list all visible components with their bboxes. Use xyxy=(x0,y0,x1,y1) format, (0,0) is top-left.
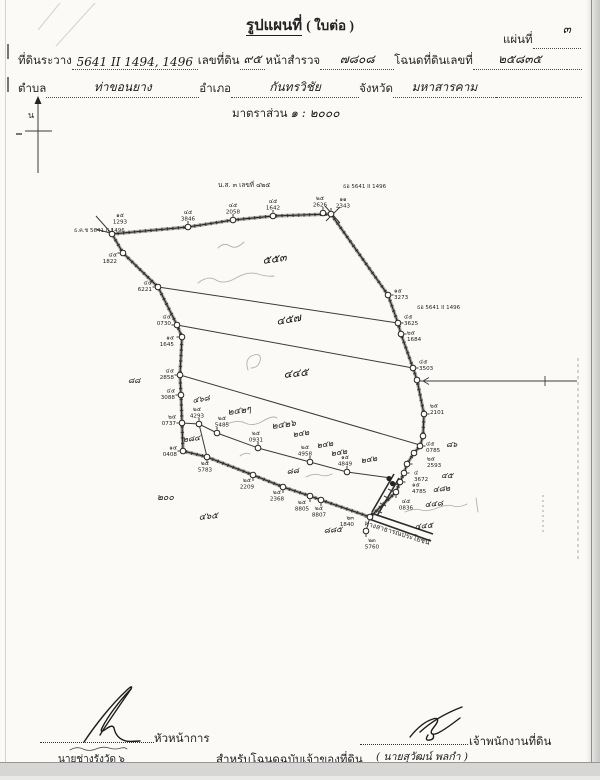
point-number: 2858 xyxy=(160,375,175,381)
point-code: ๒๓ xyxy=(368,538,376,544)
map-text: น xyxy=(28,111,34,121)
survey-point-marker xyxy=(417,443,423,449)
pencil-scribble xyxy=(198,273,274,283)
point-code: ๔๕ xyxy=(166,369,174,375)
survey-point-marker xyxy=(174,322,180,328)
handwritten-parcel-number: ๒๔๒ xyxy=(292,428,310,439)
point-number: 6221 xyxy=(138,287,153,293)
survey-point-marker xyxy=(204,454,210,460)
survey-point-marker xyxy=(230,217,236,223)
point-number: 2593 xyxy=(427,463,442,469)
survey-point-marker xyxy=(393,489,399,495)
map-line-crease xyxy=(38,3,60,30)
point-code: ๔๕ xyxy=(404,315,412,321)
scan-right-edge-line xyxy=(591,0,592,762)
point-code: ๒๕ xyxy=(407,331,415,337)
point-number: 2058 xyxy=(226,210,241,216)
handwritten-parcel-number: ๔๔๕ xyxy=(283,365,311,381)
handwritten-parcel-number: ๘๘ xyxy=(286,466,300,476)
point-number: 2626 xyxy=(313,203,328,209)
point-number: 0408 xyxy=(163,452,178,458)
survey-point-marker xyxy=(177,372,183,378)
handwritten-parcel-number: ๘๘ xyxy=(128,376,141,385)
point-code: ๔๕ xyxy=(402,499,410,505)
survey-point-marker xyxy=(404,461,410,467)
pencil-scribble xyxy=(306,474,332,477)
map-text: ธอ 5641 II 1496 xyxy=(417,304,461,311)
point-code: ๒๓ xyxy=(346,516,354,522)
survey-map: ๑๕1293๔๕3846๔๕2058๔๕1642๒๕2626๑๑2343๑๕32… xyxy=(0,0,600,780)
point-code: ๒๕ xyxy=(427,457,435,463)
point-number: 0785 xyxy=(426,448,441,454)
point-number: 2101 xyxy=(430,410,445,416)
signature-scribble xyxy=(420,707,462,732)
pencil-scribble xyxy=(247,355,261,370)
point-code: ๔ xyxy=(414,471,418,477)
point-code: ๒๕ xyxy=(193,407,201,413)
point-number: 0931 xyxy=(249,438,264,444)
map-text: น.ส. ๓ เลขที่ ๔๒๕ xyxy=(218,180,270,189)
map-line-blob xyxy=(390,481,395,486)
point-code: ๔๕ xyxy=(229,203,237,209)
scanned-document-page: รูปแผนที่ ( ใบต่อ ) ๓ แผ่นที่ ที่ดินระวา… xyxy=(0,0,600,780)
survey-point-marker xyxy=(178,392,184,398)
point-number: 8805 xyxy=(295,507,310,513)
point-code: ๒๕ xyxy=(201,461,209,467)
point-code: ๑๕ xyxy=(394,289,402,295)
point-number: 5760 xyxy=(365,545,380,551)
point-code: ๑๑ xyxy=(339,197,347,203)
survey-point-marker xyxy=(179,420,185,426)
survey-point-marker xyxy=(385,292,391,298)
map-text: ธอ 5641 II 1496 xyxy=(343,183,387,190)
point-code: ๔๕ xyxy=(419,360,427,366)
scan-bottom-edge-light xyxy=(0,776,600,780)
point-code: ๔๕ xyxy=(163,315,171,321)
survey-point-marker xyxy=(255,445,261,451)
survey-point-marker xyxy=(196,421,202,427)
survey-points: ๑๕1293๔๕3846๔๕2058๔๕1642๒๕2626๑๑2343๑๕32… xyxy=(103,196,445,551)
survey-point-marker xyxy=(395,320,401,326)
point-number: 4785 xyxy=(412,489,427,495)
scan-bottom-edge xyxy=(0,762,600,777)
point-code: ๒๕ xyxy=(243,478,251,484)
point-number: 1645 xyxy=(160,342,175,348)
survey-point-marker xyxy=(401,470,407,476)
point-code: ๒๕ xyxy=(301,445,309,451)
point-number: 3088 xyxy=(161,395,176,401)
scan-right-shadow xyxy=(586,0,600,762)
handwritten-parcel-number: ๔๔๘ xyxy=(424,498,444,509)
map-line-blob xyxy=(35,96,42,104)
point-code: ๒๕ xyxy=(316,196,324,202)
survey-point-marker xyxy=(318,497,324,503)
signature-scribble xyxy=(426,734,433,740)
point-code: ๒๕ xyxy=(218,416,226,422)
point-code: ๔๕ xyxy=(269,199,277,205)
survey-point-marker xyxy=(180,448,186,454)
point-number: 1293 xyxy=(113,220,128,226)
point-number: 4958 xyxy=(298,452,313,458)
survey-point-marker xyxy=(307,493,313,499)
point-code: ๔๕ xyxy=(167,389,175,395)
survey-point-marker xyxy=(397,479,403,485)
point-number: 5485 xyxy=(215,423,230,429)
survey-point-marker xyxy=(179,334,185,340)
pencil-scribble xyxy=(218,242,244,248)
point-number: 2343 xyxy=(336,204,351,210)
survey-point-marker xyxy=(398,331,404,337)
map-text: ธ.ค.ช 5641 II 1496 xyxy=(74,227,125,234)
pencil-scribble xyxy=(476,498,478,512)
point-number: 3503 xyxy=(419,366,434,372)
survey-point-marker xyxy=(280,484,286,490)
map-misc xyxy=(8,3,578,560)
point-number: 1642 xyxy=(266,206,280,212)
signature-scribble xyxy=(70,747,127,750)
survey-point-marker xyxy=(320,210,326,216)
point-number: 0737 xyxy=(162,421,177,427)
handwritten-parcel-number: ๒๘๔ xyxy=(182,433,201,444)
division-line xyxy=(177,325,413,368)
point-number: 3625 xyxy=(404,321,419,327)
map-line-crease xyxy=(56,3,95,46)
survey-point-marker xyxy=(344,469,350,475)
survey-point-marker xyxy=(421,411,427,417)
point-number: 4849 xyxy=(338,462,353,468)
handwritten-parcel-number: ๘๖ xyxy=(446,440,458,449)
signature-scribbles xyxy=(70,687,462,751)
point-code: ๒๕ xyxy=(273,490,281,496)
survey-point-marker xyxy=(120,250,126,256)
point-number: 3273 xyxy=(394,295,409,301)
survey-point-marker xyxy=(250,472,256,478)
point-code: ๑๕ xyxy=(169,446,177,452)
point-code: ๒๕ xyxy=(315,506,323,512)
handwritten-parcel-number: ๕๕๓ xyxy=(262,251,289,267)
survey-point-marker xyxy=(414,377,420,383)
handwritten-parcel-number: ๔๔๕ xyxy=(414,520,434,531)
pencil-scribble xyxy=(240,453,250,456)
point-code: ๑๕ xyxy=(116,213,124,219)
point-number: 4293 xyxy=(190,414,205,420)
survey-point-marker xyxy=(410,365,416,371)
point-number: 1822 xyxy=(103,259,117,265)
map-line-blob xyxy=(386,476,391,481)
point-number: 1684 xyxy=(407,337,422,343)
point-code: ๑๕ xyxy=(412,483,420,489)
handwritten-parcel-number: ๔๕๗ xyxy=(275,311,304,328)
handwritten-parcel-number: ๔๘๒ xyxy=(432,483,451,494)
handwritten-parcel-number: ๒๔๒ xyxy=(360,454,378,465)
handwritten-parcel-number: ๔๖๕ xyxy=(198,511,219,523)
point-code: ๔๕ xyxy=(144,281,152,287)
point-number: 5783 xyxy=(198,468,213,474)
handwritten-parcel-number: ๘๘๕ xyxy=(324,525,344,535)
survey-point-marker xyxy=(363,528,369,534)
survey-point-marker xyxy=(411,450,417,456)
survey-point-marker xyxy=(185,224,191,230)
handwritten-parcel-number: ๔๕ xyxy=(441,471,454,480)
survey-point-marker xyxy=(420,433,426,439)
point-code: ๒๕ xyxy=(298,500,306,506)
handwritten-parcel-number: ๒๐๐ xyxy=(157,493,174,503)
point-number: 2368 xyxy=(270,497,285,503)
survey-point-marker xyxy=(214,430,220,436)
point-code: ๔๕ xyxy=(109,253,117,259)
point-number: 3846 xyxy=(181,217,196,223)
point-number: 0730 xyxy=(157,321,172,327)
point-code: ๒๕ xyxy=(252,431,260,437)
point-code: ๔๕ xyxy=(426,442,434,448)
survey-point-marker xyxy=(307,459,313,465)
point-number: 0836 xyxy=(399,506,414,512)
handwritten-parcel-number: ๒๔๒ๆ xyxy=(227,405,253,418)
point-number: 8807 xyxy=(312,513,327,519)
survey-point-marker xyxy=(270,213,276,219)
point-code: ๒๕ xyxy=(430,404,438,410)
point-code: ๒๕ xyxy=(168,415,176,421)
handwritten-annotations: ๕๕๓๔๕๗๔๔๕๘๘๔๖๘๒๔๒ๆ๒๔๒๖๒๔๒๒๔๒๒๔๒๒๔๒๒๘๔๒๐๐… xyxy=(128,251,458,535)
survey-point-marker xyxy=(328,211,334,217)
handwritten-parcel-number: ๔๖๘ xyxy=(192,393,211,405)
pencil-scribble xyxy=(225,417,277,425)
point-number: 2209 xyxy=(240,485,255,491)
survey-point-marker xyxy=(155,284,161,290)
point-code: ๑๕ xyxy=(166,336,174,342)
point-code: ๔๕ xyxy=(184,210,192,216)
